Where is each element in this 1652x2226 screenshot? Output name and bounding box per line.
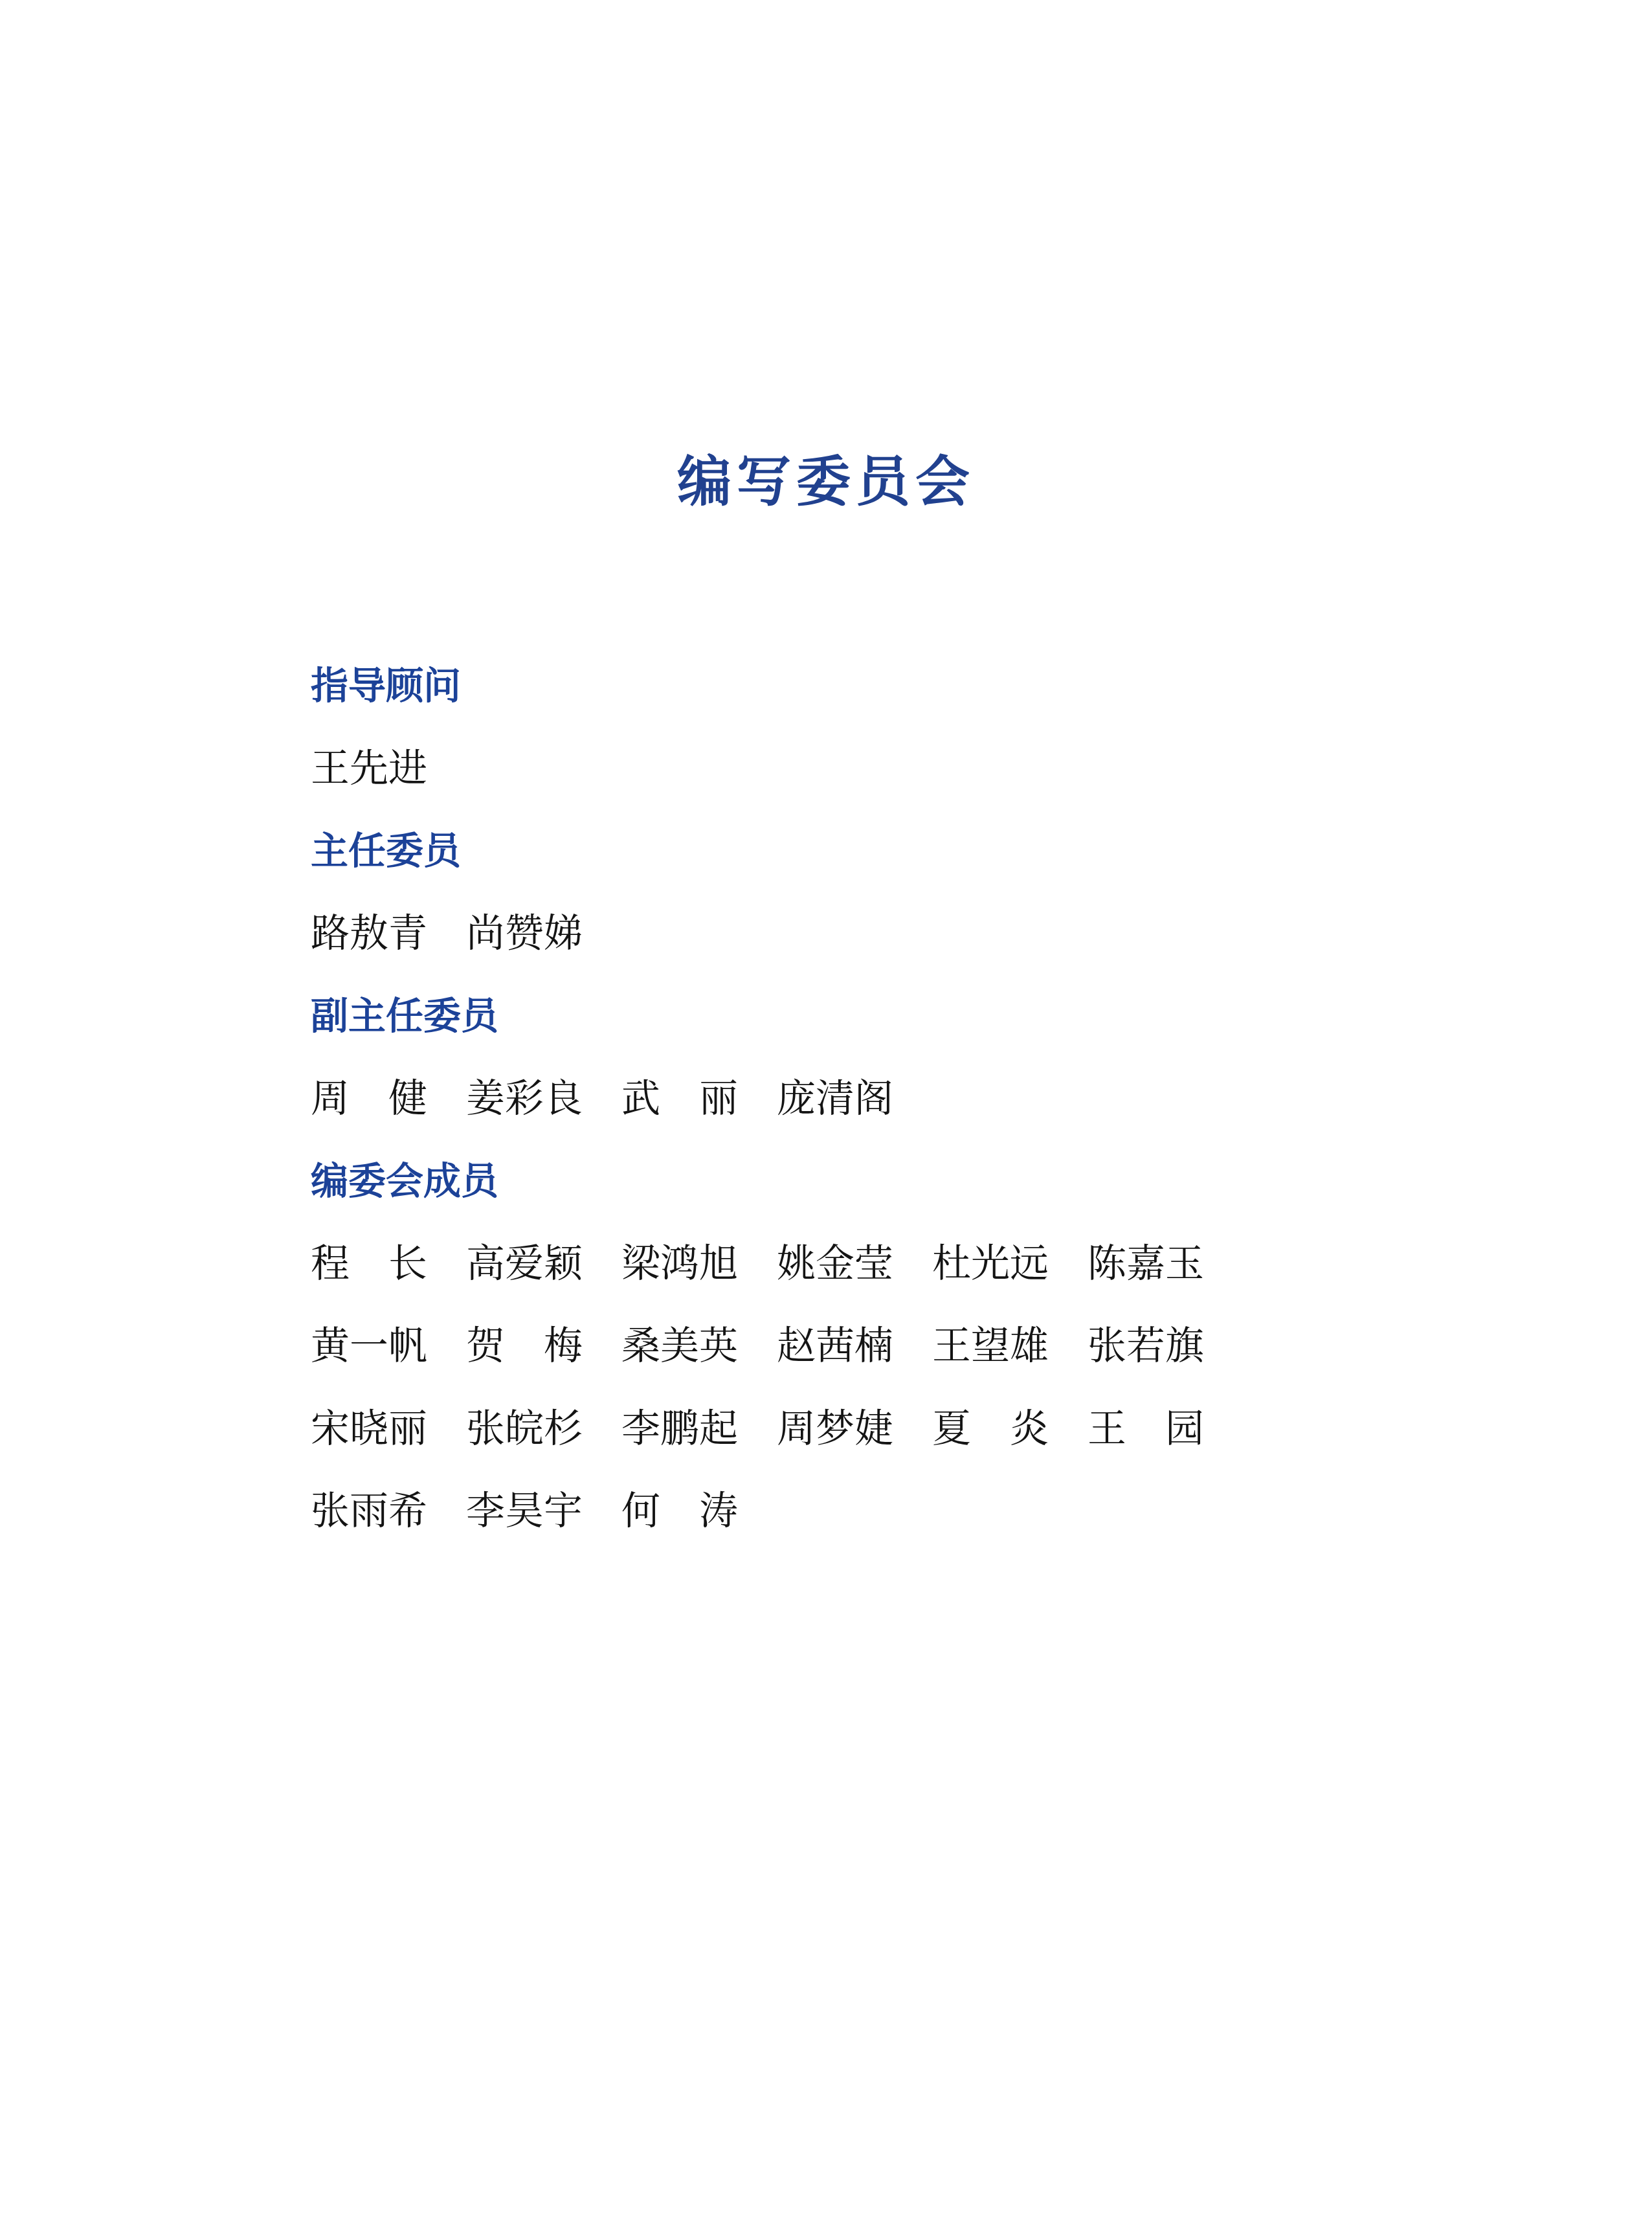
section-heading-director: 主任委员 [311, 810, 1523, 893]
page-title: 编写委员会 [0, 449, 1652, 517]
committee-list: 指导顾问 王先进 主任委员 路敖青 尚赞娣 副主任委员 周 健 姜彩良 武 丽 … [311, 645, 1523, 1553]
name-row-advisor: 王先进 [311, 728, 1523, 811]
name-row-members-4: 张雨希 李昊宇 何 涛 [311, 1470, 1523, 1553]
name-row-members-1: 程 长 高爱颖 梁鸿旭 姚金莹 杜光远 陈嘉玉 [311, 1223, 1523, 1306]
name-row-members-2: 黄一帆 贺 梅 桑美英 赵茜楠 王望雄 张若旗 [311, 1305, 1523, 1388]
document-page: 编写委员会 指导顾问 王先进 主任委员 路敖青 尚赞娣 副主任委员 周 健 姜彩… [0, 0, 1652, 2226]
name-row-director: 路敖青 尚赞娣 [311, 893, 1523, 976]
name-row-members-3: 宋晓丽 张皖杉 李鹏起 周梦婕 夏 炎 王 园 [311, 1388, 1523, 1471]
section-heading-members: 编委会成员 [311, 1140, 1523, 1223]
section-heading-advisor: 指导顾问 [311, 645, 1523, 728]
section-heading-deputy-director: 副主任委员 [311, 975, 1523, 1058]
name-row-deputy-director: 周 健 姜彩良 武 丽 庞清阁 [311, 1058, 1523, 1141]
